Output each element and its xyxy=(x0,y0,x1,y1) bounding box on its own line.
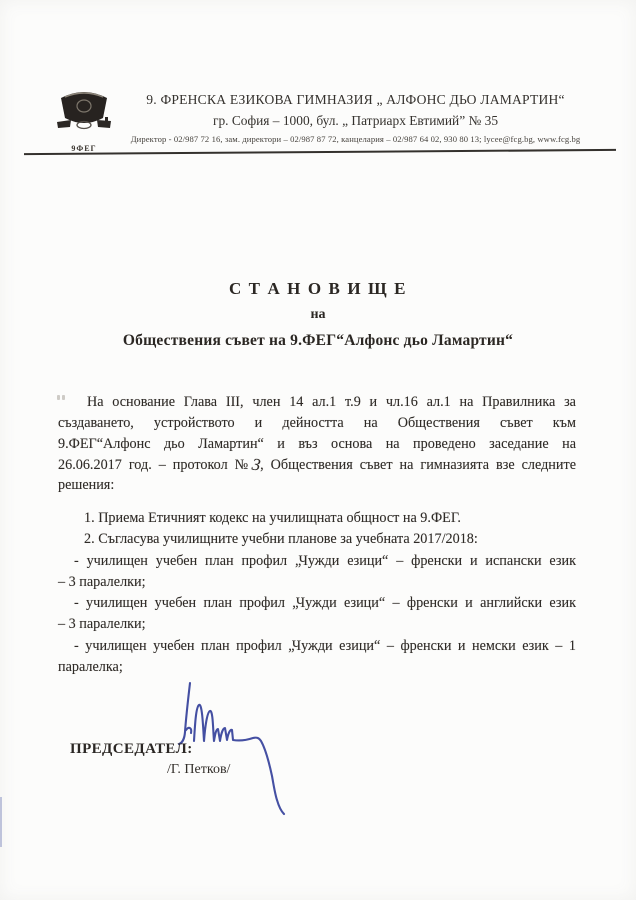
decision-subitem: - училищен учебен план профил „Чужди ези… xyxy=(58,636,576,657)
decision-subitem: - училищен учебен план профил „Чужди ези… xyxy=(58,593,576,614)
decision-subitem-continuation: – 3 паралелки; xyxy=(58,572,576,593)
paragraph-line-text: , Обществения съвет на гимназията взе сл… xyxy=(260,457,576,473)
document-body: На основание Глава III, член 14 ал.1 т.9… xyxy=(58,392,576,678)
title-line-3: Обществения съвет на 9.ФЕГ“Алфонс дьо Ла… xyxy=(58,332,578,350)
scan-artifact-speck xyxy=(57,395,60,400)
paragraph-line: създаването, устройството и дейността на… xyxy=(58,413,576,434)
spacer xyxy=(58,496,576,508)
letterhead: 9. ФРЕНСКА ЕЗИКОВА ГИМНАЗИЯ „ АЛФОНС ДЬО… xyxy=(118,92,593,144)
decision-subitem-continuation: – 3 паралелки; xyxy=(58,614,576,635)
school-contacts: Директор - 02/987 72 16, зам. директори … xyxy=(118,134,593,144)
school-logo: 9ФЕГ xyxy=(55,84,113,153)
paragraph-line: На основание Глава III, член 14 ал.1 т.9… xyxy=(58,392,576,413)
school-name: 9. ФРЕНСКА ЕЗИКОВА ГИМНАЗИЯ „ АЛФОНС ДЬО… xyxy=(118,92,593,108)
decision-subitem: - училищен учебен план профил „Чужди ези… xyxy=(58,551,576,572)
title-line-2: на xyxy=(58,307,578,323)
decision-subitem-continuation: паралелка; xyxy=(58,657,576,678)
paragraph-line: 26.06.2017 год. – протокол №3, Обществен… xyxy=(58,454,576,475)
school-address: гр. София – 1000, бул. „ Патриарх Евтими… xyxy=(118,113,593,129)
decision-item: 2. Съгласува училищните учебни планове з… xyxy=(58,529,576,550)
scan-artifact-edge-line xyxy=(0,797,2,847)
handwritten-protocol-number: 3 xyxy=(250,455,261,477)
paragraph-line: решения: xyxy=(58,475,576,496)
paragraph-line: 9.ФЕГ“Алфонс дьо Ламартин“ и въз основа … xyxy=(58,434,576,455)
document-title-block: С Т А Н О В И Щ Е на Обществения съвет н… xyxy=(58,279,578,350)
title-line-1: С Т А Н О В И Щ Е xyxy=(58,279,578,299)
scanned-document-page: 9ФЕГ 9. ФРЕНСКА ЕЗИКОВА ГИМНАЗИЯ „ АЛФОН… xyxy=(0,0,636,900)
scan-artifact-speck xyxy=(62,395,65,400)
decision-item: 1. Приема Етичният кодекс на училищната … xyxy=(58,508,576,529)
school-crest-icon xyxy=(55,84,113,138)
signature-name: /Г. Петков/ xyxy=(167,762,230,778)
paragraph-line-text: 26.06.2017 год. – протокол № xyxy=(58,457,252,473)
signature-role-label: ПРЕДСЕДАТЕЛ: xyxy=(70,741,193,758)
